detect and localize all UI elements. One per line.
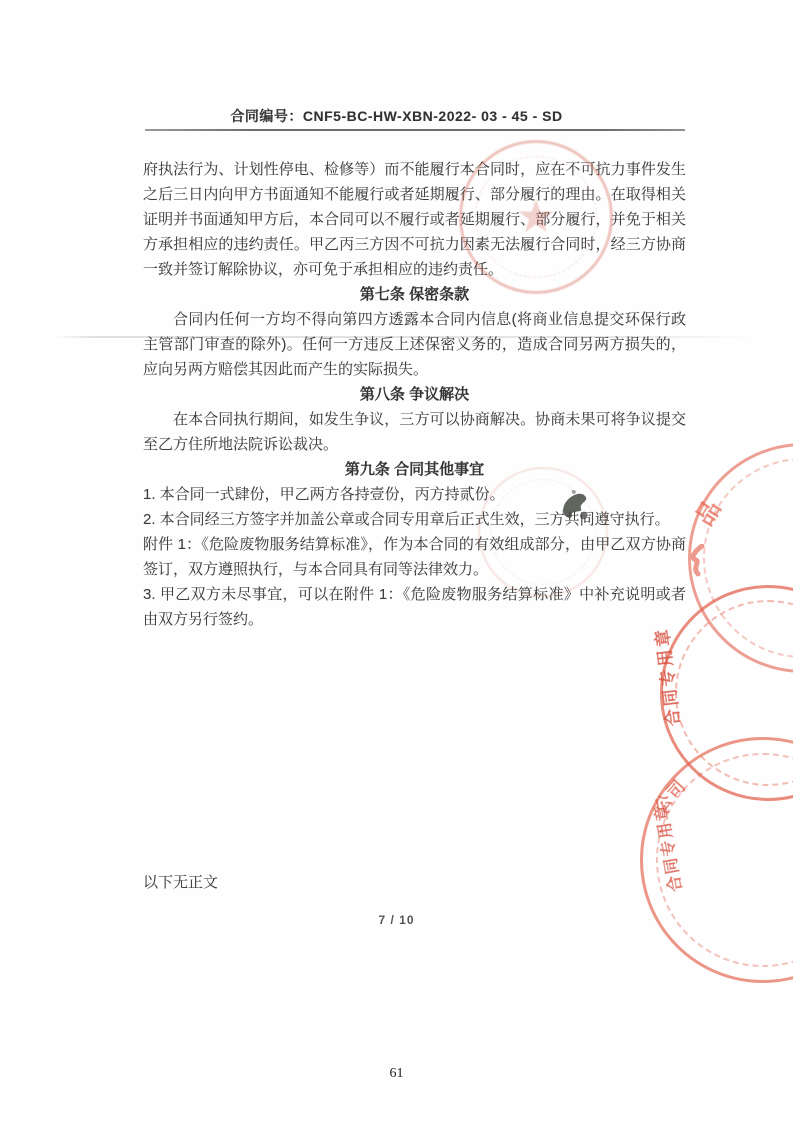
- clause-item-3: 3. 甲乙双方未尽事宜，可以在附件 1：《危险废物服务结算标准》中补充说明或者由…: [143, 582, 686, 632]
- clause-attachment: 附件 1：《危险废物服务结算标准》，作为本合同的有效组成部分，由甲乙双方协商签订…: [143, 532, 686, 582]
- clause-item-1: 1. 本合同一式肆份，甲乙两方各持壹份，丙方持贰份。: [143, 482, 686, 507]
- paragraph-dispute-resolution: 在本合同执行期间，如发生争议，三方可以协商解决。协商未果可将争议提交至乙方住所地…: [143, 407, 686, 457]
- page-number: 61: [0, 1066, 793, 1082]
- heading-article-8: 第八条 争议解决: [143, 382, 686, 407]
- paragraph-force-majeure: 府执法行为、计划性停电、检修等）而不能履行本合同时，应在不可抗力事件发生之后三日…: [143, 157, 686, 282]
- clause-item-2: 2. 本合同经三方签字并加盖公章或合同专用章后正式生效，三方共同遵守执行。: [143, 507, 686, 532]
- heading-article-9: 第九条 合同其他事宜: [143, 457, 686, 482]
- heading-article-7: 第七条 保密条款: [143, 282, 686, 307]
- page-indicator: 7 / 10: [0, 913, 793, 927]
- seal-character-pin: 品: [685, 492, 727, 531]
- contract-number-value: CNF5-BC-HW-XBN-2022- 03 - 45 - SD: [303, 108, 563, 124]
- seal-fragment-mark-icon: [684, 544, 710, 578]
- paragraph-confidentiality: 合同内任何一方均不得向第四方透露本合同内信息(将商业信息提交环保行政主管部门审查…: [143, 307, 686, 382]
- contract-number-label: 合同编号：: [230, 108, 303, 124]
- scanned-contract-page: 合同编号：CNF5-BC-HW-XBN-2022- 03 - 45 - SD 府…: [0, 0, 793, 1122]
- contract-seal-upper-text: 合同专用章: [646, 615, 685, 737]
- end-of-text-note: 以下无正文: [143, 871, 218, 892]
- contract-number-header: 合同编号：CNF5-BC-HW-XBN-2022- 03 - 45 - SD: [0, 106, 793, 126]
- header-divider: [145, 129, 685, 131]
- contract-body: 府执法行为、计划性停电、检修等）而不能履行本合同时，应在不可抗力事件发生之后三日…: [143, 157, 686, 632]
- contract-seal-lower-text: 合同专用章: [646, 791, 688, 903]
